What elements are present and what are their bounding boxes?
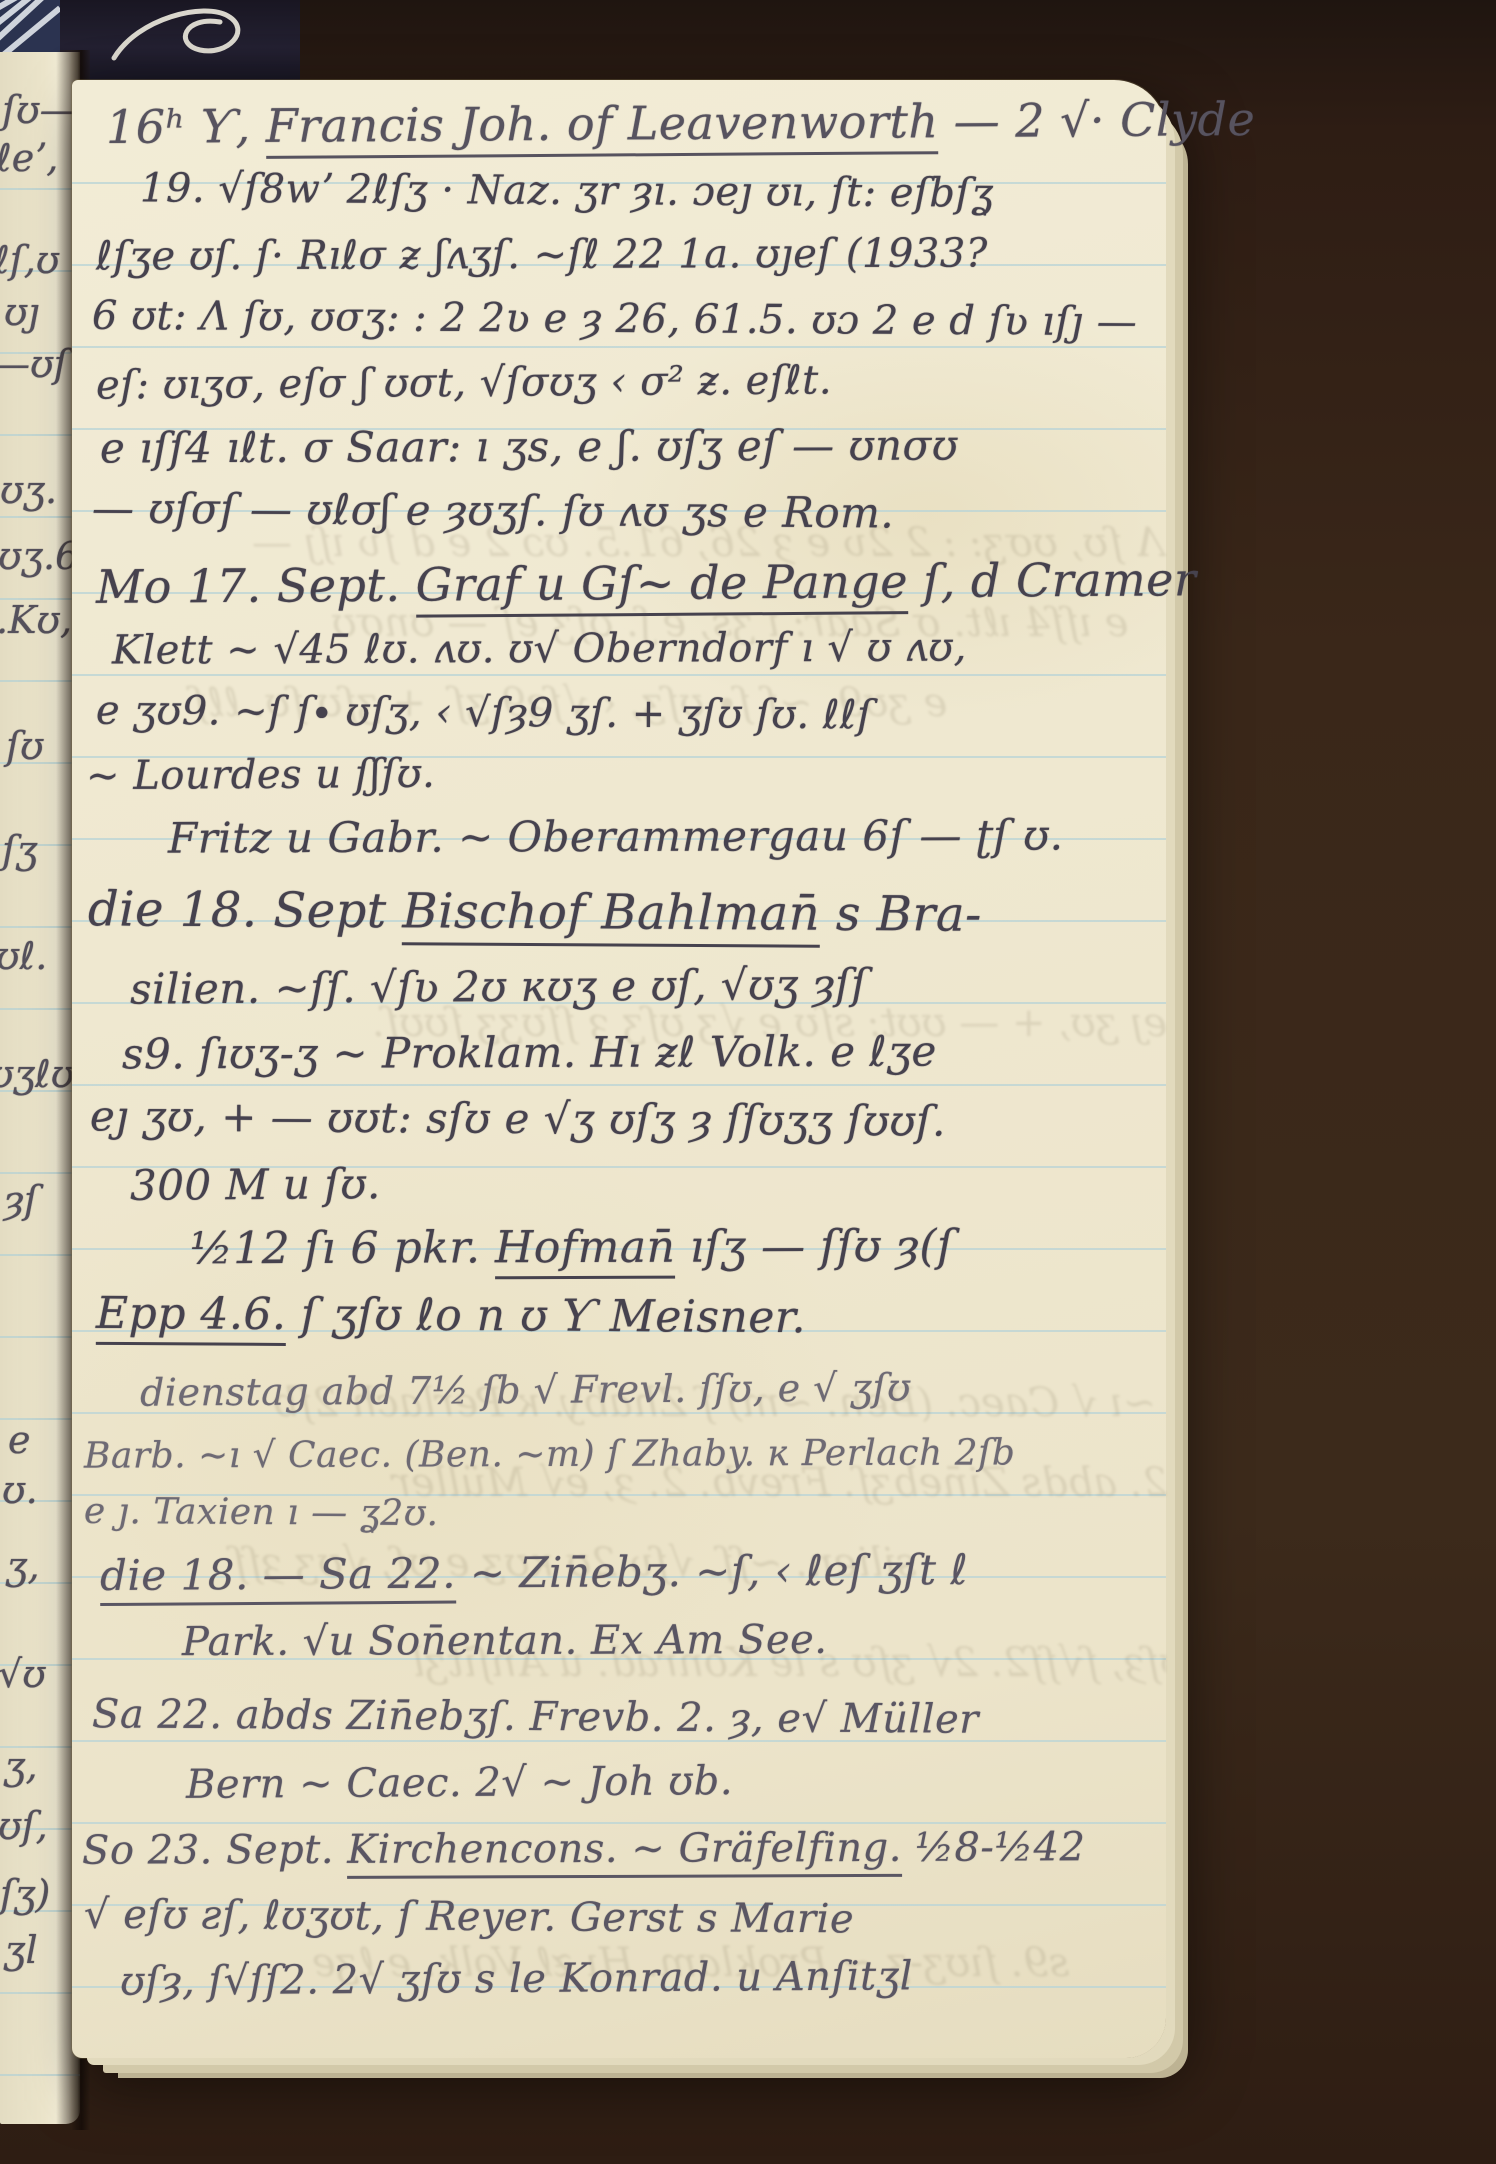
margin-fragment: ſʊ — [6, 724, 44, 768]
margin-fragment: ʊ. — [2, 1468, 38, 1512]
handwriting-line: eſ: ʊıʒσ, eſσ ʃ ʊσt, √ſσʊʒ ‹ σ² ƶ. eſℓt. — [96, 357, 832, 408]
margin-fragment: e — [8, 1418, 31, 1462]
bookmark-thread — [108, 0, 288, 78]
margin-fragment: ʒ, — [6, 1544, 40, 1588]
bern-caec-line: Bern ~ Caec. 2√ ~ Joh ʊb. — [186, 1758, 733, 1808]
handwriting-line: 300 M u ſʊ. — [130, 1159, 381, 1210]
notebook-page: 6 ʊt: Λ ſʊ, ʊσʒ: : 2 2ʋ e ȝ 26, 61.5. ʊɔ… — [72, 80, 1166, 2058]
park-line: Park. √u Son̄entan. Ex Am See. — [182, 1617, 828, 1665]
reyer-line: √ eſʊ ƨſ, ℓʊʒʊt, ſ Reyer. Gerst s Marie — [84, 1892, 854, 1943]
margin-fragment: ʊʒ. — [0, 468, 57, 512]
margin-fragment: ʊȷ — [4, 290, 39, 334]
entry-17-sept-heading: Mo 17. Sept. Graf u Gſ~ de Pange ſ, d Cr… — [96, 552, 1197, 614]
epp-meisner-line: Epp 4.6. ſ ʒſʊ ℓo n ʊ Ƴ Meisner. — [96, 1288, 806, 1343]
handwriting-line: — ʊſσſ — ʊℓσʃ e ȝʊʒſ. ſʊ ʌʊ ʒs e Rom. — [92, 484, 895, 538]
handwriting-line: 19. √ſ8wʼ 2ℓſʒ · Naz. ʒr ȝı. ɔeȷ ʊı, ſt:… — [140, 165, 994, 216]
entry-23-sept-heading: So 23. Sept. Kirchencons. ~ Gräfelfing. … — [82, 1824, 1086, 1874]
margin-fragment: ſʒ) — [0, 1872, 50, 1916]
handwriting-line: ℓſʒe ʊſ. ſ· Rıℓσ ƶ ʃʌʒſ. ~ſℓ 22 1a. ʊȷeſ… — [96, 230, 988, 279]
entry-16-heading: 16ʰ Ƴ, Francis Joh. of Leavenworth — 2 √… — [106, 92, 1256, 154]
handwriting-line: silien. ~ſſ. √ſʋ 2ʊ ĸʊʒ e ʊſ, √ʊʒ ȝſſ — [130, 959, 867, 1013]
handwriting-line: Barb. ~ı √ Caec. (Ben. ~m) ſ Zhaby. ĸ Pe… — [84, 1432, 1016, 1476]
handwriting-line: e ȷ. Taxien ı — ʓ2ʊ. — [84, 1491, 439, 1534]
handwriting-line: e ʒʊ9. ~ſ ſ∙ ʊſʒ, ‹ √ſȝ9 ʒſ. + ʒſʊ ſʊ. ℓ… — [96, 688, 873, 739]
margin-fragment: ʊſ, — [0, 1804, 48, 1848]
hofmann-line: ½12 ſı 6 pkr. Hofman̄ ıſʒ — ſſʊ ȝ(ſ — [190, 1221, 954, 1275]
konrad-line: ʊſȝ, ſ√ſſ2. 2√ ʒſʊ s le Konrad. u Anſitʒ… — [120, 1953, 913, 2005]
proklam-line: s9. ſıʊʒ-ʒ ~ Proklam. Hı ƶℓ Volk. e ℓʒe — [122, 1027, 937, 1079]
lourdes-line: ~ Lourdes u ſʃſʊ. — [86, 751, 436, 799]
sa-22-line: Sa 22. abds Zin̄ebʒſ. Frevb. 2. ȝ, e√ Mü… — [92, 1691, 979, 1742]
binding-cloth-corner — [0, 0, 60, 56]
margin-fragment: ʊℓ. — [0, 934, 47, 978]
oberammergau-line: Fritz u Gabr. ~ Oberammergau 6ſ — ʈſ ʊ. — [168, 810, 1064, 862]
handwriting-line: 6 ʊt: Λ ſʊ, ʊσʒ: : 2 2ʋ e ȝ 26, 61.5. ʊɔ… — [92, 293, 1137, 345]
margin-fragment: ȝſ — [4, 1178, 38, 1222]
dienstag-line: dienstag abd 7½ ſb √ Frevl. ſſʊ, e √ ʒſʊ — [140, 1365, 911, 1414]
margin-fragment: √ʊ — [0, 1652, 46, 1696]
margin-fragment: ʒl — [4, 1928, 38, 1972]
margin-fragment: ℓſ,ʊ — [0, 238, 59, 282]
margin-fragment: ſʒ — [2, 828, 38, 872]
handwriting-line: Klett ~ √45 ℓʊ. ʌʊ. ʊ√ Oberndorf ı √ ʊ ʌ… — [112, 625, 967, 674]
margin-fragment: ℓeʼ, — [0, 136, 58, 180]
entry-18-22-line: die 18. — Sa 22. ~ Zin̄ebʒ. ~ſ, ‹ ℓeſ ʒſ… — [100, 1545, 969, 1600]
handwriting-line: e ıſſ4 ıℓt. σ Saar: ı ʒs, e ʃ. ʊſʒ eſ — … — [100, 421, 958, 473]
margin-fragment: ʒ, — [4, 1744, 38, 1788]
notebook-photo: ſʊ— ℓeʼ, ℓſ,ʊ ʊȷ —ʊſ ʊʒ. ʊʒ.6 .Kʊ, ſʊ ſʒ… — [0, 0, 1496, 2164]
handwriting-line: eȷ ʒʊ, + — ʊʊt: sſʊ e √ʒ ʊſʒ ȝ ſſʊʒʒ ſʊʊ… — [90, 1091, 946, 1145]
entry-18-sept-heading: die 18. Sept Bischof Bahlman̄ s Bra- — [88, 881, 982, 942]
